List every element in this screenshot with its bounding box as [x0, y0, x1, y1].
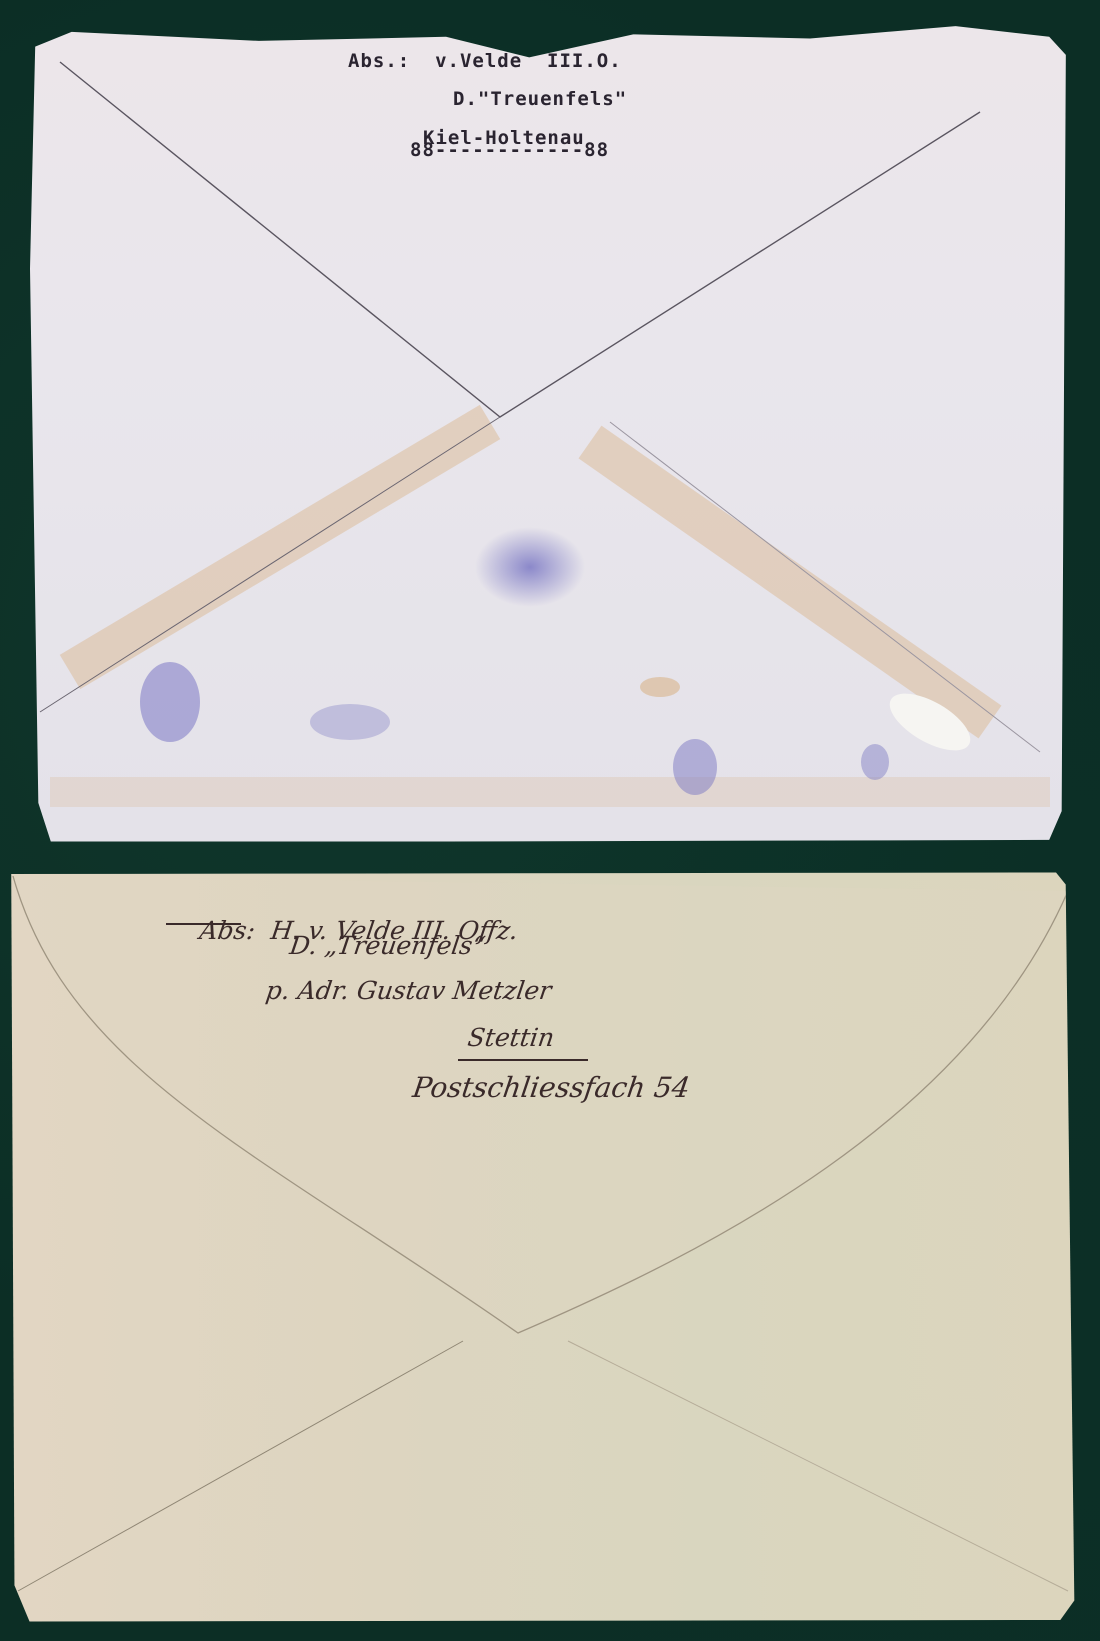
handwritten-line-4: Stettin: [466, 1023, 556, 1052]
abs-underline: [166, 923, 241, 925]
typed-sender-line-1: Abs.: v.Velde III.O.: [348, 50, 622, 72]
handwritten-line-3: p. Adr. Gustav Metzler: [264, 976, 553, 1005]
handwritten-line-5: Postschliessfach 54: [411, 1071, 692, 1104]
top-envelope: Abs.: v.Velde III.O. D."Treuenfels" Kiel…: [30, 22, 1070, 844]
handwritten-line-2: D. „Treuenfels“: [288, 931, 487, 960]
bottom-envelope: Abs: H. v. Velde III. Offz. D. „Treuenfe…: [8, 871, 1084, 1623]
typed-underline: 88------------88: [410, 139, 609, 161]
typed-sender-line-2: D."Treuenfels": [453, 88, 627, 110]
city-underline: [458, 1059, 588, 1061]
